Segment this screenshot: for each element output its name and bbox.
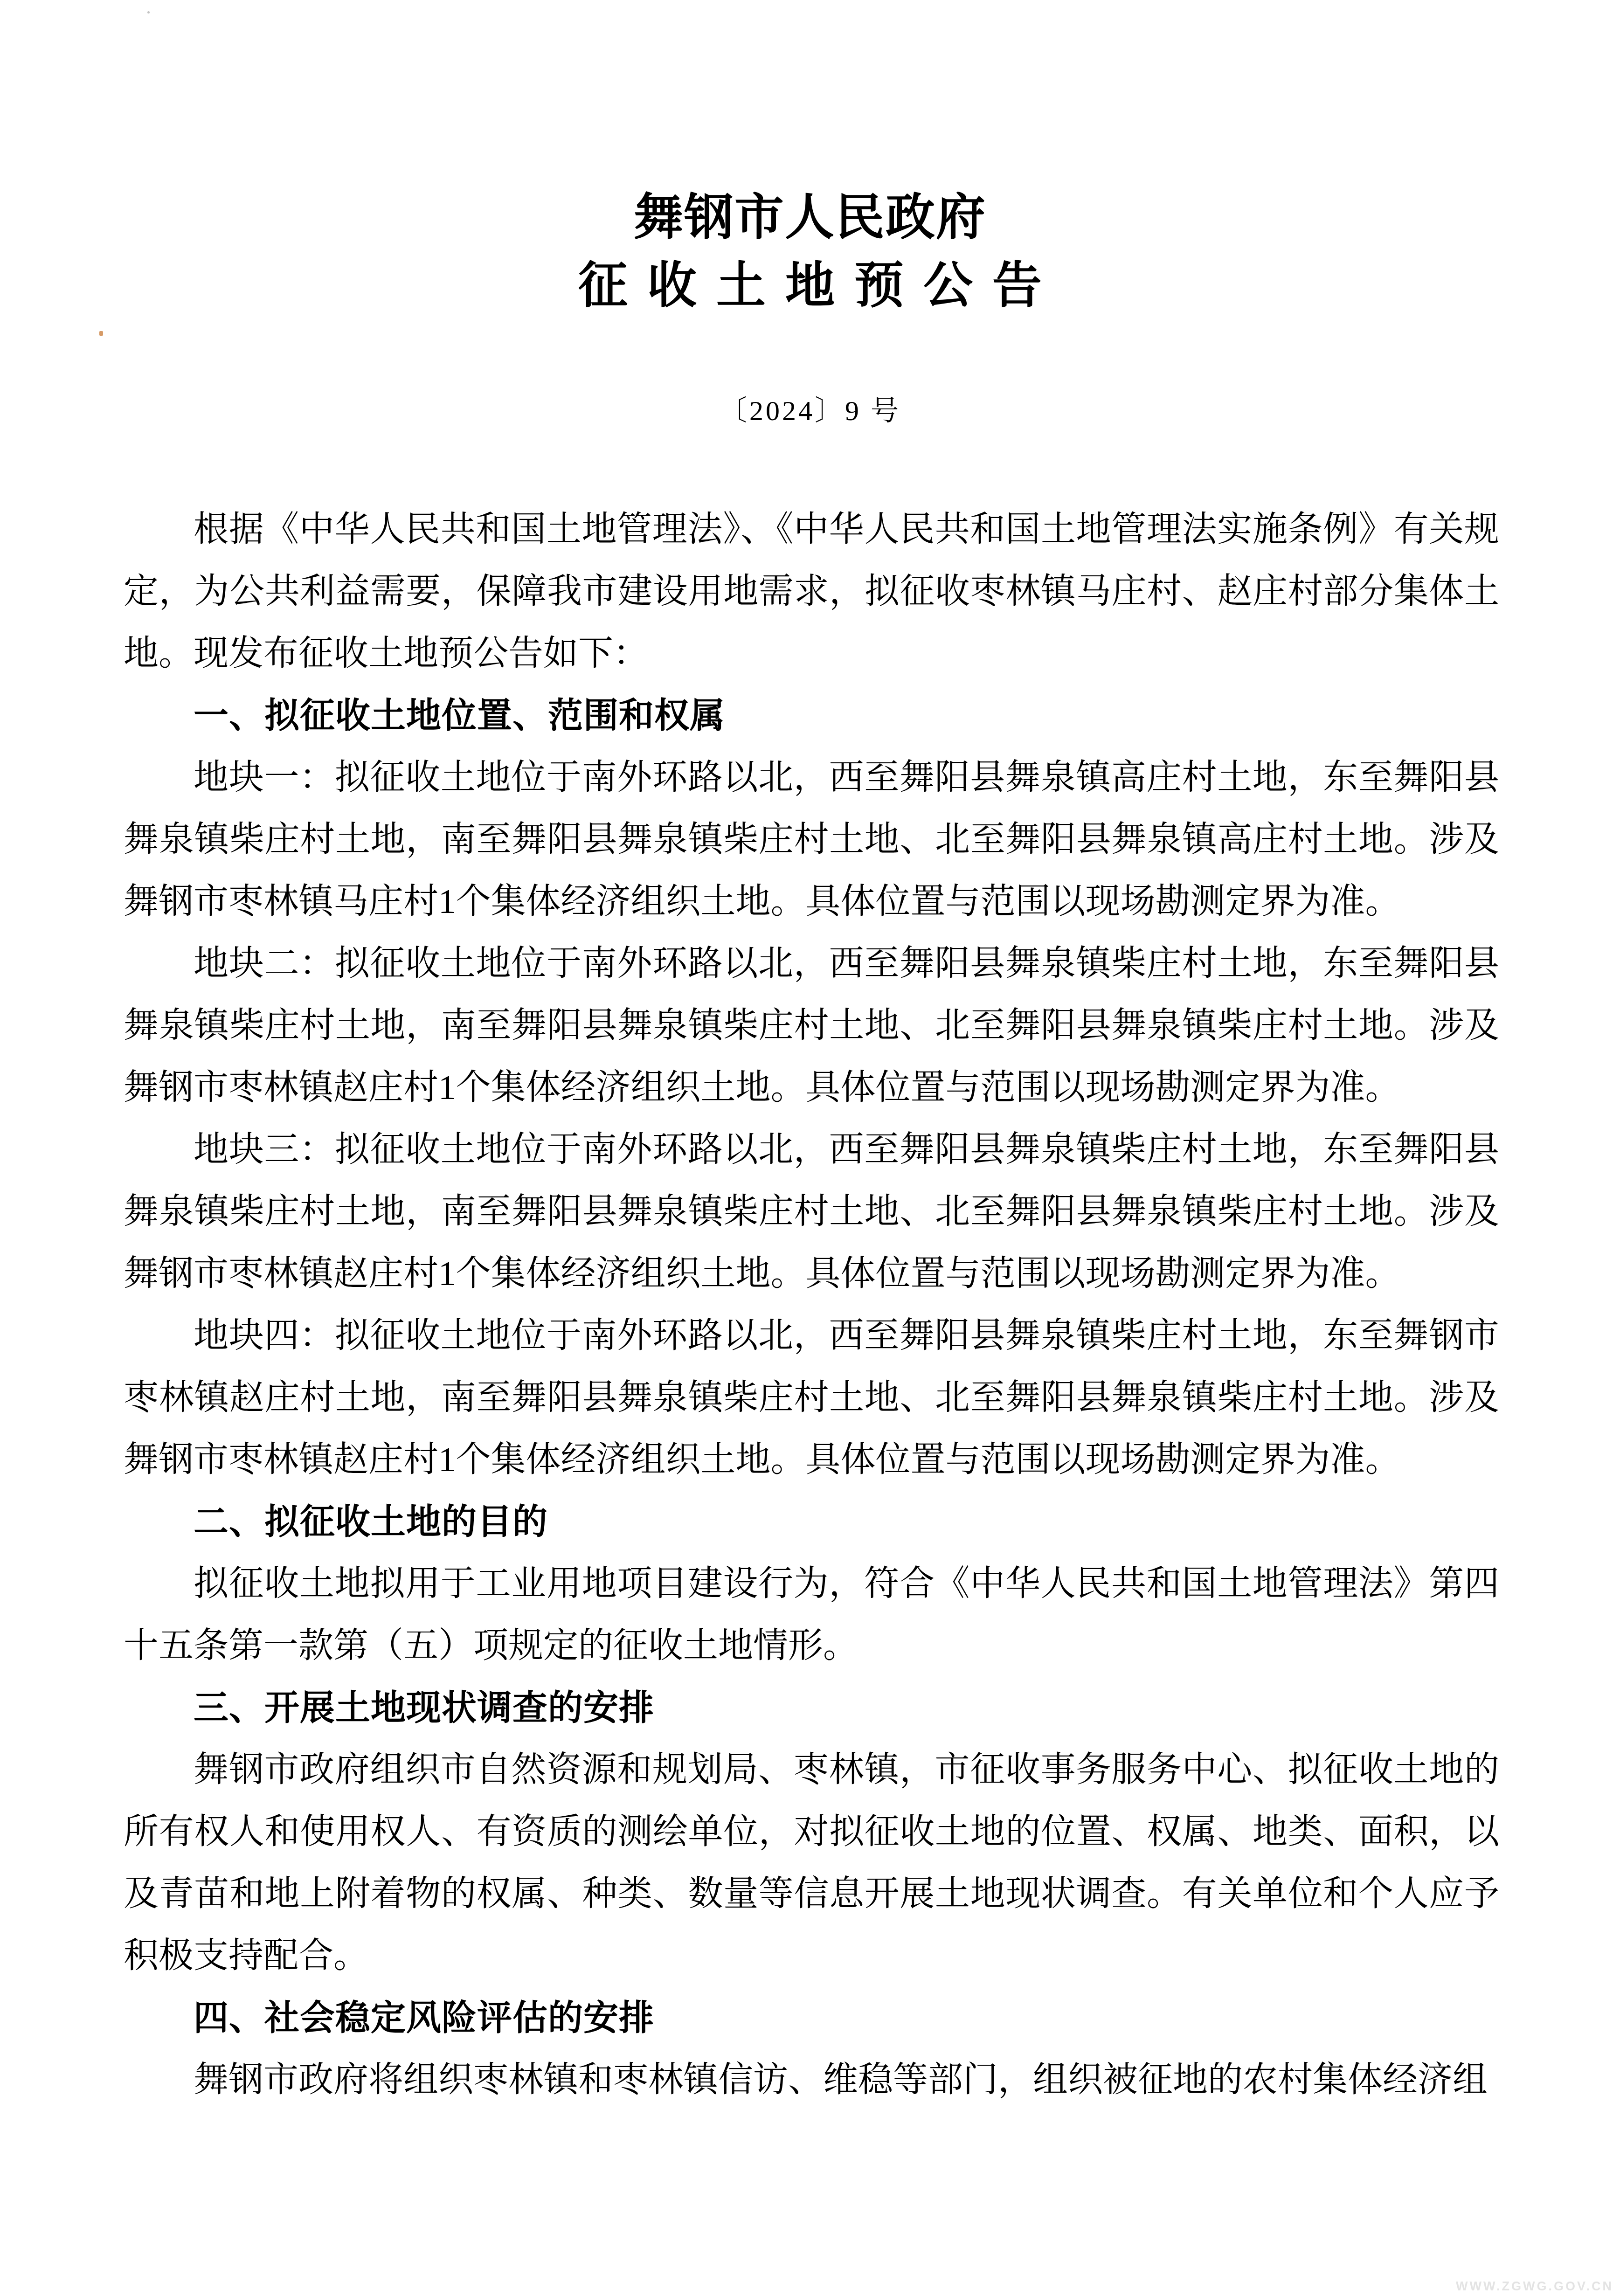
parcel-3-paragraph: 地块三：拟征收土地位于南外环路以北，西至舞阳县舞泉镇柴庄村土地，东至舞阳县舞泉镇… bbox=[124, 1119, 1499, 1305]
site-watermark: WWW.ZGWG.GOV.CN bbox=[1456, 2279, 1613, 2293]
survey-paragraph: 舞钢市政府组织市自然资源和规划局、枣林镇，市征收事务服务中心、拟征收土地的所有权… bbox=[124, 1739, 1499, 1987]
parcel-2-paragraph: 地块二：拟征收土地位于南外环路以北，西至舞阳县舞泉镇柴庄村土地，东至舞阳县舞泉镇… bbox=[124, 933, 1499, 1119]
document-page: 舞钢市人民政府 征收土地预公告 〔2024〕9 号 根据《中华人民共和国土地管理… bbox=[0, 0, 1620, 2296]
scan-speck bbox=[147, 11, 150, 14]
risk-assessment-paragraph: 舞钢市政府将组织枣林镇和枣林镇信访、维稳等部门，组织被征地的农村集体经济组 bbox=[124, 2049, 1499, 2111]
parcel-4-paragraph: 地块四：拟征收土地位于南外环路以北，西至舞阳县舞泉镇柴庄村土地，东至舞钢市枣林镇… bbox=[124, 1305, 1499, 1491]
document-title-subject: 征收土地预公告 bbox=[0, 251, 1620, 321]
document-body: 根据《中华人民共和国土地管理法》、《中华人民共和国土地管理法实施条例》有关规定，… bbox=[124, 498, 1499, 2111]
document-number: 〔2024〕9 号 bbox=[0, 393, 1620, 429]
purpose-paragraph: 拟征收土地拟用于工业用地项目建设行为，符合《中华人民共和国土地管理法》第四十五条… bbox=[124, 1553, 1499, 1677]
section-2-heading: 二、拟征收土地的目的 bbox=[124, 1491, 1499, 1553]
section-1-heading: 一、拟征收土地位置、范围和权属 bbox=[124, 685, 1499, 747]
section-4-heading: 四、社会稳定风险评估的安排 bbox=[124, 1987, 1499, 2049]
scan-speck bbox=[99, 331, 103, 336]
intro-paragraph: 根据《中华人民共和国土地管理法》、《中华人民共和国土地管理法实施条例》有关规定，… bbox=[124, 498, 1499, 685]
section-3-heading: 三、开展土地现状调查的安排 bbox=[124, 1677, 1499, 1739]
parcel-1-paragraph: 地块一：拟征收土地位于南外环路以北，西至舞阳县舞泉镇高庄村土地，东至舞阳县舞泉镇… bbox=[124, 747, 1499, 933]
document-title-authority: 舞钢市人民政府 bbox=[0, 183, 1620, 253]
